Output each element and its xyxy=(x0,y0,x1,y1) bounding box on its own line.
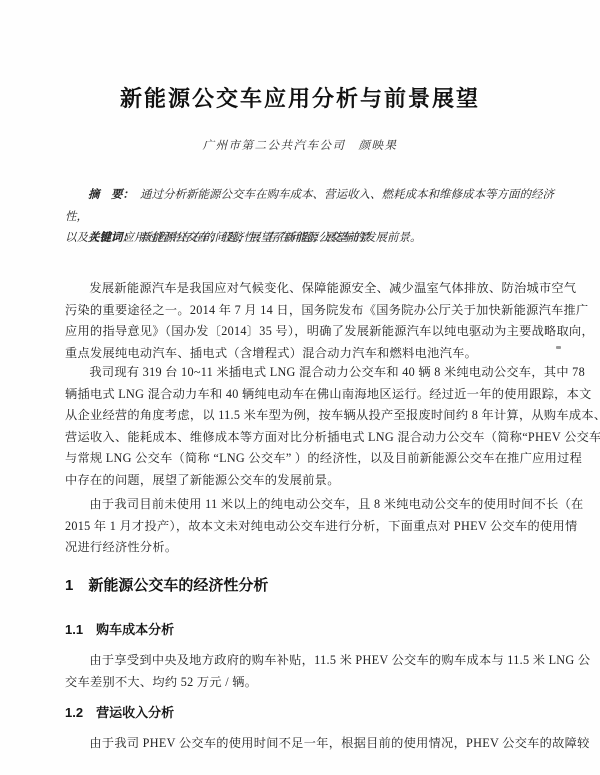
text-line: 从企业经营的角度考虑，以 11.5 米车型为例，按车辆从投产至报废时间约 8 年… xyxy=(65,405,559,427)
scan-artifact-speck xyxy=(556,346,561,349)
author-affiliation: 广州市第二公共汽车公司 颜映果 xyxy=(0,137,600,153)
text-line: 与常规 LNG 公交车（简称 “LNG 公交车” ）的经济性，以及目前新能源公交… xyxy=(65,448,559,470)
keywords-label: 关键词： xyxy=(88,232,134,244)
intro-paragraph-1: 发展新能源汽车是我国应对气候变化、保障能源安全、减少温室气体排放、防治城市空气污… xyxy=(65,278,559,364)
text-line: 2015 年 1 月才投产），故本文未对纯电动公交车进行分析，下面重点对 PHE… xyxy=(65,516,559,538)
text-line: 交车差别不大、均约 52 万元 / 辆。 xyxy=(65,672,559,694)
subsection-heading-1-1: 1.1 购车成本分析 xyxy=(65,621,559,639)
subsection-heading-1-2: 1.2 营运收入分析 xyxy=(65,704,559,722)
abstract-text: 通过分析新能源公交车在购车成本、营运收入、燃耗成本和维修成本等方面的经济性， xyxy=(65,189,554,223)
section-heading-1: 1 新能源公交车的经济性分析 xyxy=(65,575,559,597)
text-line: 由于我司目前未使用 11 米以上的纯电动公交车，且 8 米纯电动公交车的使用时间… xyxy=(65,494,559,516)
keywords: 关键词：新能源公交车；经济性；存在问题；展望前景 xyxy=(65,228,557,250)
subsection-1-2-paragraph: 由于我司 PHEV 公交车的使用时间不足一年，根据目前的使用情况，PHEV 公交… xyxy=(65,733,559,755)
text-line: 污染的重要途径之一。2014 年 7 月 14 日，国务院发布《国务院办公厅关于… xyxy=(65,300,559,322)
subsection-1-1-paragraph: 由于享受到中央及地方政府的购车补贴，11.5 米 PHEV 公交车的购车成本与 … xyxy=(65,650,559,693)
text-line: 由于我司 PHEV 公交车的使用时间不足一年，根据目前的使用情况，PHEV 公交… xyxy=(65,733,559,755)
abstract-line: 摘 要：通过分析新能源公交车在购车成本、营运收入、燃耗成本和维修成本等方面的经济… xyxy=(65,185,557,228)
text-line: 况进行经济性分析。 xyxy=(65,537,559,559)
paper-title: 新能源公交车应用分析与前景展望 xyxy=(0,86,600,112)
abstract-label: 摘 要： xyxy=(88,189,134,201)
text-line: 由于享受到中央及地方政府的购车补贴，11.5 米 PHEV 公交车的购车成本与 … xyxy=(65,650,559,672)
text-line: 发展新能源汽车是我国应对气候变化、保障能源安全、减少温室气体排放、防治城市空气 xyxy=(65,278,559,300)
text-line: 应用的指导意见》（国办发〔2014〕35 号），明确了发展新能源汽车以纯电驱动为… xyxy=(65,321,559,343)
intro-paragraph-2: 我司现有 319 台 10~11 米插电式 LNG 混合动力公交车和 40 辆 … xyxy=(65,362,559,492)
text-line: 营运收入、能耗成本、维修成本等方面对比分析插电式 LNG 混合动力公交车（简称“… xyxy=(65,427,559,449)
text-line: 我司现有 319 台 10~11 米插电式 LNG 混合动力公交车和 40 辆 … xyxy=(65,362,559,384)
text-line: 辆插电式 LNG 混合动力车和 40 辆纯电动车在佛山南海地区运行。经过近一年的… xyxy=(65,384,559,406)
intro-paragraph-3: 由于我司目前未使用 11 米以上的纯电动公交车，且 8 米纯电动公交车的使用时间… xyxy=(65,494,559,559)
keywords-text: 新能源公交车；经济性；存在问题；展望前景 xyxy=(140,232,370,244)
scanned-paper-page: 新能源公交车应用分析与前景展望 广州市第二公共汽车公司 颜映果 摘 要：通过分析… xyxy=(0,0,600,775)
text-line: 中存在的问题，展望了新能源公交车的发展前景。 xyxy=(65,470,559,492)
